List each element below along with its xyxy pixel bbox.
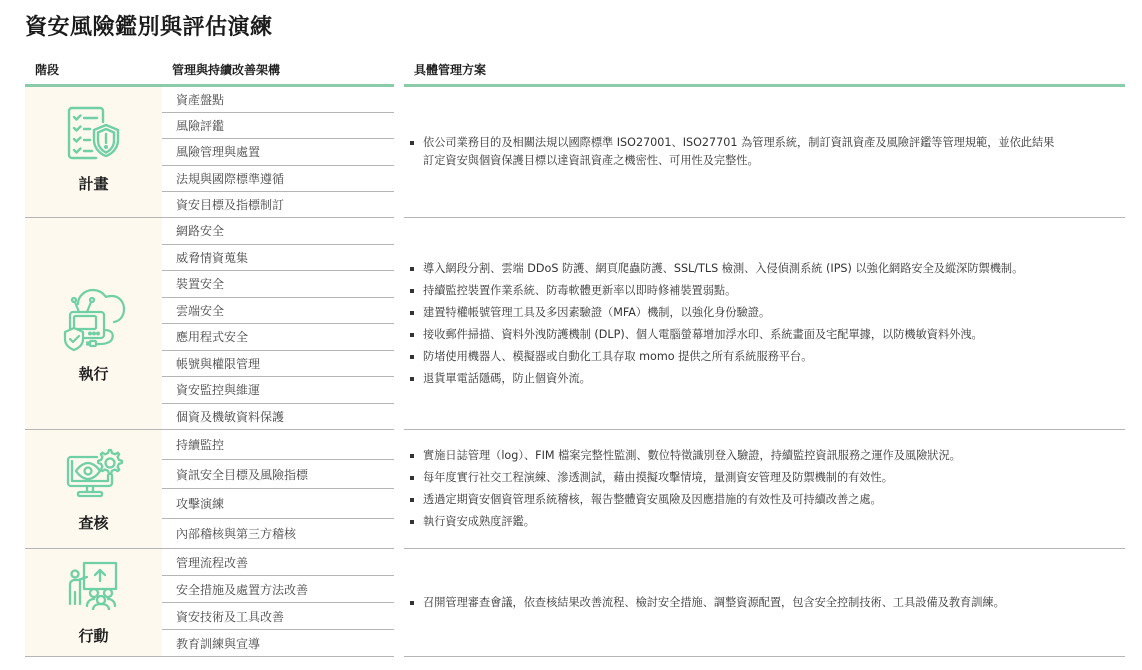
plan-bullet: 每年度實行社交工程演練、滲透測試，藉由摸擬攻擊情境，量測資安管理及防禦機制的有效… [410,467,1125,489]
stage-name: 查核 [25,512,162,533]
framework-list-act: 管理流程改善 安全措施及處置方法改善 資安技術及工具改善 教育訓練與宣導 [162,549,394,657]
plan-details-check: 實施日誌管理（log）、FIM 檔案完整性監測、數位特徵識別登入驗證，持續監控資… [404,430,1125,549]
header-stage: 階段 [35,61,59,78]
framework-item: 裝置安全 [162,271,394,298]
framework-item: 應用程式安全 [162,324,394,351]
page-title: 資安風險鑑別與評估演練 [25,10,273,41]
stage-name: 行動 [25,625,162,646]
framework-item: 資訊安全目標及風險指標 [162,460,394,490]
framework-item: 管理流程改善 [162,549,394,576]
header-plan: 具體管理方案 [414,61,486,78]
stage-plan: 計畫 [25,87,162,218]
framework-item: 教育訓練與宣導 [162,630,394,657]
plan-bullet: 依公司業務目的及相關法規以國際標準 ISO27001、ISO27701 為管理系… [410,134,1125,170]
header-framework: 管理與持續改善架構 [172,61,280,78]
framework-item: 雲端安全 [162,298,394,325]
plan-bullet: 透過定期資安個資管理系統稽核，報告整體資安風險及因應措施的有效性及可持續改善之處… [410,489,1125,511]
cloud-device-shield-icon [62,286,126,352]
plan-details-do: 導入網段分割、雲端 DDoS 防護、網頁爬蟲防護、SSL/TLS 檢測、入侵偵測… [404,218,1125,430]
plan-bullet: 召開管理審查會議，依查核結果改善流程、檢討安全措施、調整資源配置，包含安全控制技… [410,592,1125,614]
plan-details-act: 召開管理審查會議，依查核結果改善流程、檢討安全措施、調整資源配置，包含安全控制技… [404,549,1125,657]
framework-item: 資安監控與維運 [162,377,394,404]
framework-list-check: 持續監控 資訊安全目標及風險指標 攻擊演練 內部稽核與第三方稽核 [162,430,394,549]
stage-act: 行動 [25,549,162,657]
plan-bullet: 建置特權帳號管理工具及多因素驗證（MFA）機制，以強化身份驗證。 [410,302,1125,324]
framework-item: 資產盤點 [162,87,394,113]
framework-list-plan: 資產盤點 風險評鑑 風險管理與處置 法規與國際標準遵循 資安目標及指標制訂 [162,87,394,218]
plan-bullet: 退貨單電話隱碼，防止個資外流。 [410,368,1125,390]
framework-item: 持續監控 [162,430,394,460]
framework-list-do: 網路安全 威脅情資蒐集 裝置安全 雲端安全 應用程式安全 帳號與權限管理 資安監… [162,218,394,430]
framework-item: 內部稽核與第三方稽核 [162,519,394,549]
framework-item: 資安技術及工具改善 [162,603,394,630]
plan-bullet: 防堵使用機器人、模擬器或自動化工具存取 momo 提供之所有系統服務平台。 [410,346,1125,368]
framework-item: 資安目標及指標制訂 [162,192,394,218]
plan-details-plan: 依公司業務目的及相關法規以國際標準 ISO27001、ISO27701 為管理系… [404,87,1125,218]
plan-bullet: 實施日誌管理（log）、FIM 檔案完整性監測、數位特徵識別登入驗證，持續監控資… [410,445,1125,467]
monitor-eye-gear-icon [65,448,123,500]
framework-item: 法規與國際標準遵循 [162,166,394,192]
framework-item: 安全措施及處置方法改善 [162,576,394,603]
framework-item: 攻擊演練 [162,489,394,519]
stage-name: 執行 [25,363,162,384]
plan-bullet: 執行資安成熟度評鑑。 [410,511,1125,533]
stage-do: 執行 [25,218,162,430]
framework-item: 個資及機敏資料保護 [162,404,394,431]
framework-item: 風險管理與處置 [162,139,394,165]
framework-item: 網路安全 [162,218,394,245]
stage-name: 計畫 [25,173,162,194]
plan-bullet: 接收郵件掃描、資料外洩防護機制 (DLP)、個人電腦螢幕增加浮水印、系統畫面及宅… [410,324,1125,346]
framework-item: 帳號與權限管理 [162,351,394,378]
checklist-shield-alert-icon [66,105,122,163]
stage-check: 查核 [25,430,162,549]
presenter-board-audience-icon [67,560,121,610]
framework-item: 風險評鑑 [162,113,394,139]
plan-bullet: 導入網段分割、雲端 DDoS 防護、網頁爬蟲防護、SSL/TLS 檢測、入侵偵測… [410,258,1125,280]
plan-bullet: 持續監控裝置作業系統、防毒軟體更新率以即時修補裝置弱點。 [410,280,1125,302]
framework-item: 威脅情資蒐集 [162,245,394,272]
